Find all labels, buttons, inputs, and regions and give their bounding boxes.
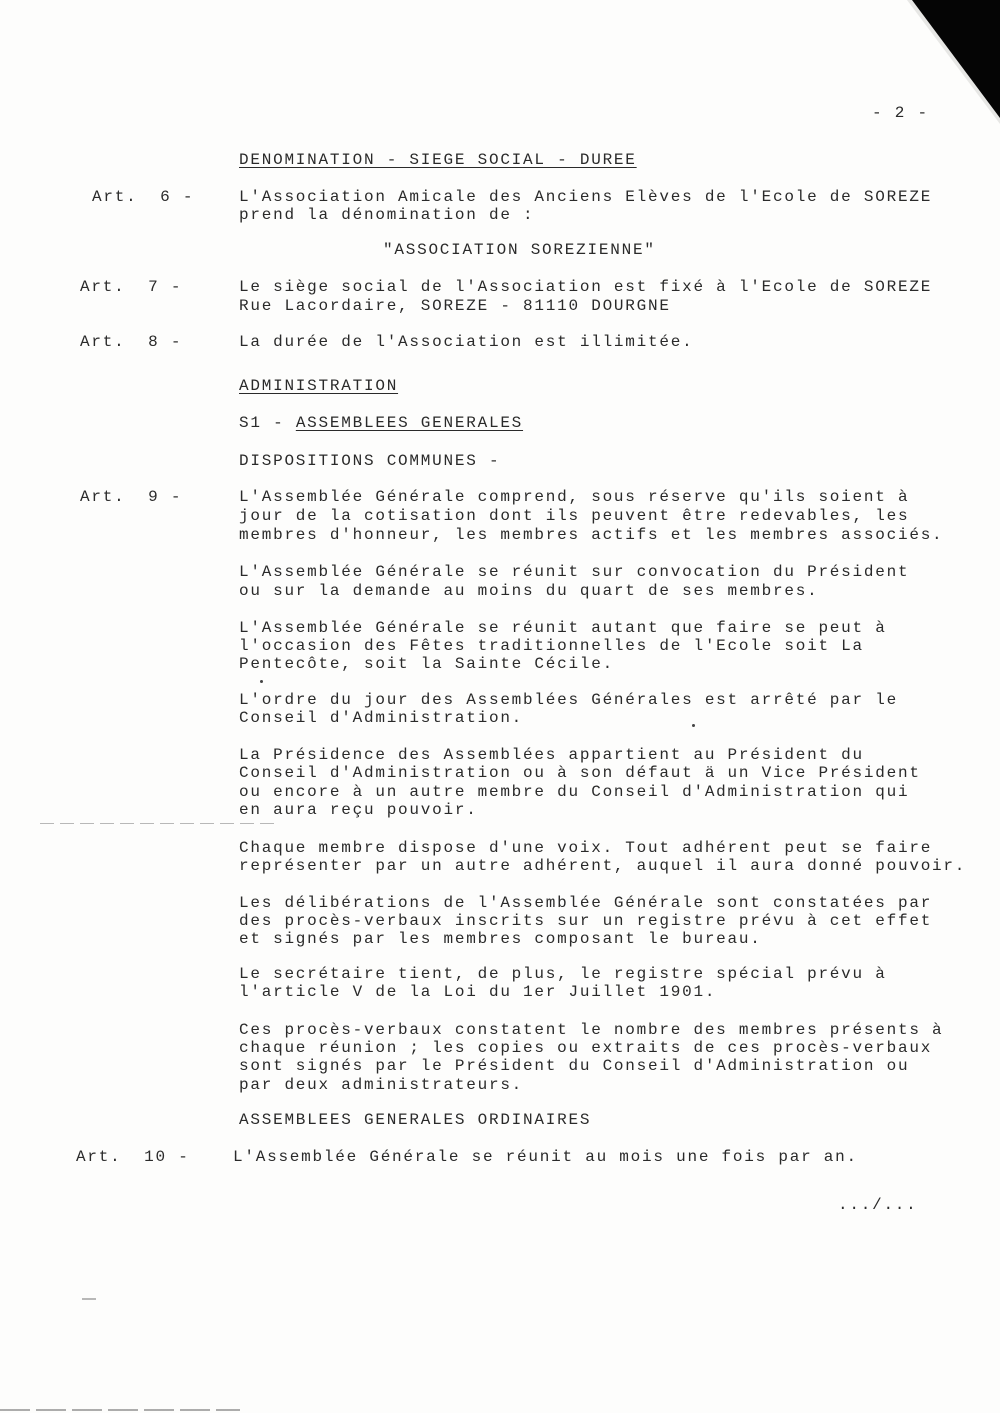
art9-p9-line-3: sont signés par le Président du Conseil …: [239, 1056, 909, 1076]
art9-p4-line-1: L'ordre du jour des Assemblées Générales…: [239, 690, 898, 710]
art9-p5-line-1: La Présidence des Assemblées appartient …: [239, 745, 864, 765]
art9-p5-line-4: en aura reçu pouvoir.: [239, 800, 478, 820]
section-heading: DENOMINATION - SIEGE SOCIAL - DUREE: [239, 150, 637, 170]
art9-p8-line-1: Le secrétaire tient, de plus, le registr…: [239, 964, 887, 984]
art10-line-1: L'Assemblée Générale se réunit au mois u…: [233, 1147, 858, 1167]
art9-p3-line-3: Pentecôte, soit la Sainte Cécile.: [239, 654, 614, 674]
s1-heading: S1 - ASSEMBLEES GENERALES: [239, 413, 523, 433]
article-label-7: Art. 7 -: [80, 277, 182, 297]
scan-bottom-edge: [0, 1409, 240, 1411]
art8-line-1: La durée de l'Association est illimitée.: [239, 332, 693, 352]
continuation-mark: .../...: [838, 1195, 918, 1215]
art6-line-2: prend la dénomination de :: [239, 205, 534, 225]
art9-p2-line-1: L'Assemblée Générale se réunit sur convo…: [239, 562, 909, 582]
article-label-9: Art. 9 -: [80, 487, 182, 507]
art7-line-2: Rue Lacordaire, SOREZE - 81110 DOURGNE: [239, 296, 671, 316]
art9-p3-line-2: l'occasion des Fêtes traditionnelles de …: [239, 636, 864, 656]
art9-p3-line-1: L'Assemblée Générale se réunit autant qu…: [239, 618, 887, 638]
art9-p8-line-2: l'article V de la Loi du 1er Juillet 190…: [239, 982, 716, 1002]
administration-heading: ADMINISTRATION: [239, 376, 398, 396]
article-label-6: Art. 6 -: [92, 187, 194, 207]
ordinaires-heading: ASSEMBLEES GENERALES ORDINAIRES: [239, 1110, 591, 1130]
art6-line-1: L'Association Amicale des Anciens Elèves…: [239, 187, 932, 207]
art9-p9-line-4: par deux administrateurs.: [239, 1075, 523, 1095]
art9-p5-line-2: Conseil d'Administration ou à son défaut…: [239, 763, 921, 783]
art9-p7-line-2: des procès-verbaux inscrits sur un regis…: [239, 911, 932, 931]
scan-speck: [260, 680, 263, 683]
s1-title: ASSEMBLEES GENERALES: [296, 414, 523, 432]
art9-p4-line-2: Conseil d'Administration.: [239, 708, 523, 728]
s1-prefix: S1 -: [239, 414, 296, 432]
art9-p6-line-2: représenter par un autre adhérent, auque…: [239, 856, 966, 876]
art9-p1-line-2: jour de la cotisation dont ils peuvent ê…: [239, 506, 909, 526]
art7-line-1: Le siège social de l'Association est fix…: [239, 277, 932, 297]
scan-artifact-mark: [82, 1298, 100, 1300]
art9-p7-line-1: Les délibérations de l'Assemblée Général…: [239, 893, 932, 913]
art9-p9-line-2: chaque réunion ; les copies ou extraits …: [239, 1038, 932, 1058]
art9-p5-line-3: ou encore à un autre membre du Conseil d…: [239, 782, 909, 802]
art9-p9-line-1: Ces procès-verbaux constatent le nombre …: [239, 1020, 943, 1040]
art9-p7-line-3: et signés par les membres composant le b…: [239, 929, 762, 949]
article-label-10: Art. 10 -: [76, 1147, 190, 1167]
scan-folded-corner: [912, 0, 1000, 118]
dispositions-heading: DISPOSITIONS COMMUNES -: [239, 451, 500, 471]
art9-p1-line-1: L'Assemblée Générale comprend, sous rése…: [239, 487, 909, 507]
scan-speck: [692, 724, 695, 727]
association-name: "ASSOCIATION SOREZIENNE": [383, 240, 656, 260]
art9-p1-line-3: membres d'honneur, les membres actifs et…: [239, 525, 943, 545]
art9-p6-line-1: Chaque membre dispose d'une voix. Tout a…: [239, 838, 932, 858]
article-label-8: Art. 8 -: [80, 332, 182, 352]
scan-artifact-line: [40, 823, 275, 824]
page-number: - 2 -: [872, 103, 929, 123]
art9-p2-line-2: ou sur la demande au moins du quart de s…: [239, 581, 818, 601]
